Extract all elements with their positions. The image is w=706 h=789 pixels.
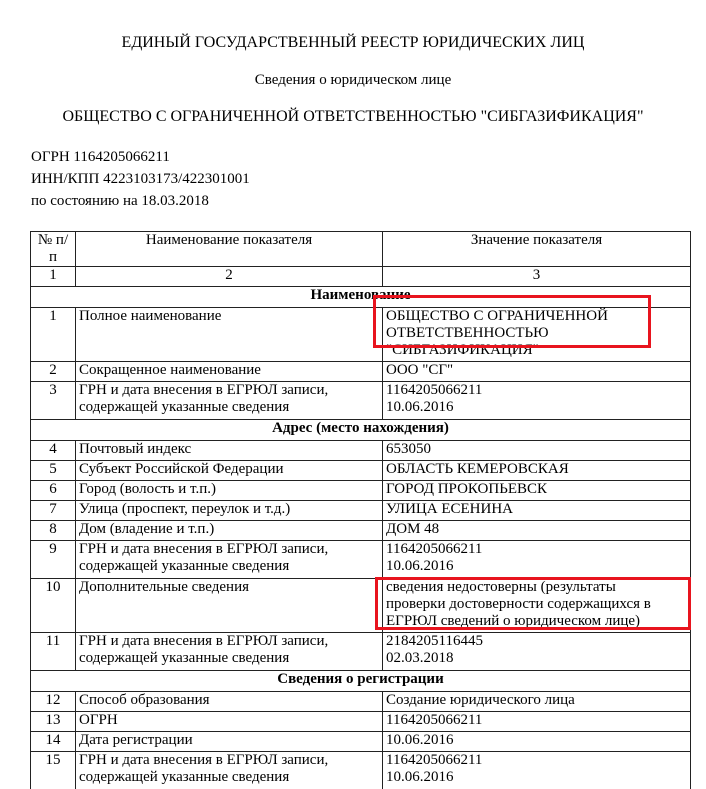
header-indicator: Наименование показателя	[76, 232, 383, 267]
section-title: Адрес (место нахождения)	[31, 420, 691, 441]
table-row: 15ГРН и дата внесения в ЕГРЮЛ записи, со…	[31, 752, 691, 789]
header-value: Значение показателя	[383, 232, 691, 267]
row-indicator: ГРН и дата внесения в ЕГРЮЛ записи, соде…	[76, 752, 383, 789]
row-number: 12	[31, 692, 76, 712]
column-number: 1	[31, 267, 76, 287]
row-indicator: Сокращенное наименование	[76, 362, 383, 382]
row-indicator: Полное наименование	[76, 308, 383, 362]
table-row: 2Сокращенное наименованиеООО "СГ"	[31, 362, 691, 382]
table-row: 9ГРН и дата внесения в ЕГРЮЛ записи, сод…	[31, 541, 691, 579]
company-name: ОБЩЕСТВО С ОГРАНИЧЕННОЙ ОТВЕТСТВЕННОСТЬЮ…	[0, 108, 706, 126]
table-row: 8Дом (владение и т.п.)ДОМ 48	[31, 521, 691, 541]
table-row: 13ОГРН1164205066211	[31, 712, 691, 732]
row-value: ОБЛАСТЬ КЕМЕРОВСКАЯ	[383, 461, 691, 481]
row-number: 11	[31, 633, 76, 671]
row-value: 2184205116445 02.03.2018	[383, 633, 691, 671]
row-indicator: ГРН и дата внесения в ЕГРЮЛ записи, соде…	[76, 541, 383, 579]
row-number: 9	[31, 541, 76, 579]
registry-title: ЕДИНЫЙ ГОСУДАРСТВЕННЫЙ РЕЕСТР ЮРИДИЧЕСКИ…	[0, 34, 706, 52]
header-number: № п/п	[31, 232, 76, 267]
table-row: 7Улица (проспект, переулок и т.д.)УЛИЦА …	[31, 501, 691, 521]
table-row: 12Способ образованияСоздание юридическог…	[31, 692, 691, 712]
table-column-numbers: 1 2 3	[31, 267, 691, 287]
table-row: 4Почтовый индекс653050	[31, 441, 691, 461]
row-value: ДОМ 48	[383, 521, 691, 541]
row-value: 1164205066211 10.06.2016	[383, 752, 691, 789]
table-row: 14Дата регистрации10.06.2016	[31, 732, 691, 752]
section-row: Адрес (место нахождения)	[31, 420, 691, 441]
row-value: 1164205066211	[383, 712, 691, 732]
ogrn-line: ОГРН 1164205066211	[31, 146, 170, 168]
row-indicator: Почтовый индекс	[76, 441, 383, 461]
column-number: 2	[76, 267, 383, 287]
column-number: 3	[383, 267, 691, 287]
row-number: 7	[31, 501, 76, 521]
table-row: 5Субъект Российской ФедерацииОБЛАСТЬ КЕМ…	[31, 461, 691, 481]
section-row: Сведения о регистрации	[31, 671, 691, 692]
row-indicator: ГРН и дата внесения в ЕГРЮЛ записи, соде…	[76, 382, 383, 420]
document-subtitle: Сведения о юридическом лице	[0, 72, 706, 89]
row-indicator: Субъект Российской Федерации	[76, 461, 383, 481]
row-indicator: ГРН и дата внесения в ЕГРЮЛ записи, соде…	[76, 633, 383, 671]
highlight-box-unreliable-info	[375, 577, 691, 630]
row-value: 1164205066211 10.06.2016	[383, 541, 691, 579]
as-of-date: по состоянию на 18.03.2018	[31, 190, 209, 212]
row-value: 10.06.2016	[383, 732, 691, 752]
row-value: Создание юридического лица	[383, 692, 691, 712]
row-value: ГОРОД ПРОКОПЬЕВСК	[383, 481, 691, 501]
table-row: 11ГРН и дата внесения в ЕГРЮЛ записи, со…	[31, 633, 691, 671]
row-value: 1164205066211 10.06.2016	[383, 382, 691, 420]
row-number: 3	[31, 382, 76, 420]
row-number: 15	[31, 752, 76, 789]
row-number: 4	[31, 441, 76, 461]
row-indicator: Улица (проспект, переулок и т.д.)	[76, 501, 383, 521]
row-indicator: Дом (владение и т.п.)	[76, 521, 383, 541]
table-row: 3ГРН и дата внесения в ЕГРЮЛ записи, сод…	[31, 382, 691, 420]
table-header-row: № п/п Наименование показателя Значение п…	[31, 232, 691, 267]
row-indicator: Дата регистрации	[76, 732, 383, 752]
row-value: ООО "СГ"	[383, 362, 691, 382]
row-number: 5	[31, 461, 76, 481]
row-number: 2	[31, 362, 76, 382]
table-row: 6Город (волость и т.п.)ГОРОД ПРОКОПЬЕВСК	[31, 481, 691, 501]
row-value: УЛИЦА ЕСЕНИНА	[383, 501, 691, 521]
row-number: 10	[31, 579, 76, 633]
row-indicator: ОГРН	[76, 712, 383, 732]
row-number: 8	[31, 521, 76, 541]
row-indicator: Способ образования	[76, 692, 383, 712]
highlight-box-full-name	[373, 295, 651, 348]
section-title: Сведения о регистрации	[31, 671, 691, 692]
inn-kpp-line: ИНН/КПП 4223103173/422301001	[31, 168, 250, 190]
row-number: 13	[31, 712, 76, 732]
row-indicator: Дополнительные сведения	[76, 579, 383, 633]
row-indicator: Город (волость и т.п.)	[76, 481, 383, 501]
row-value: 653050	[383, 441, 691, 461]
row-number: 1	[31, 308, 76, 362]
row-number: 14	[31, 732, 76, 752]
row-number: 6	[31, 481, 76, 501]
